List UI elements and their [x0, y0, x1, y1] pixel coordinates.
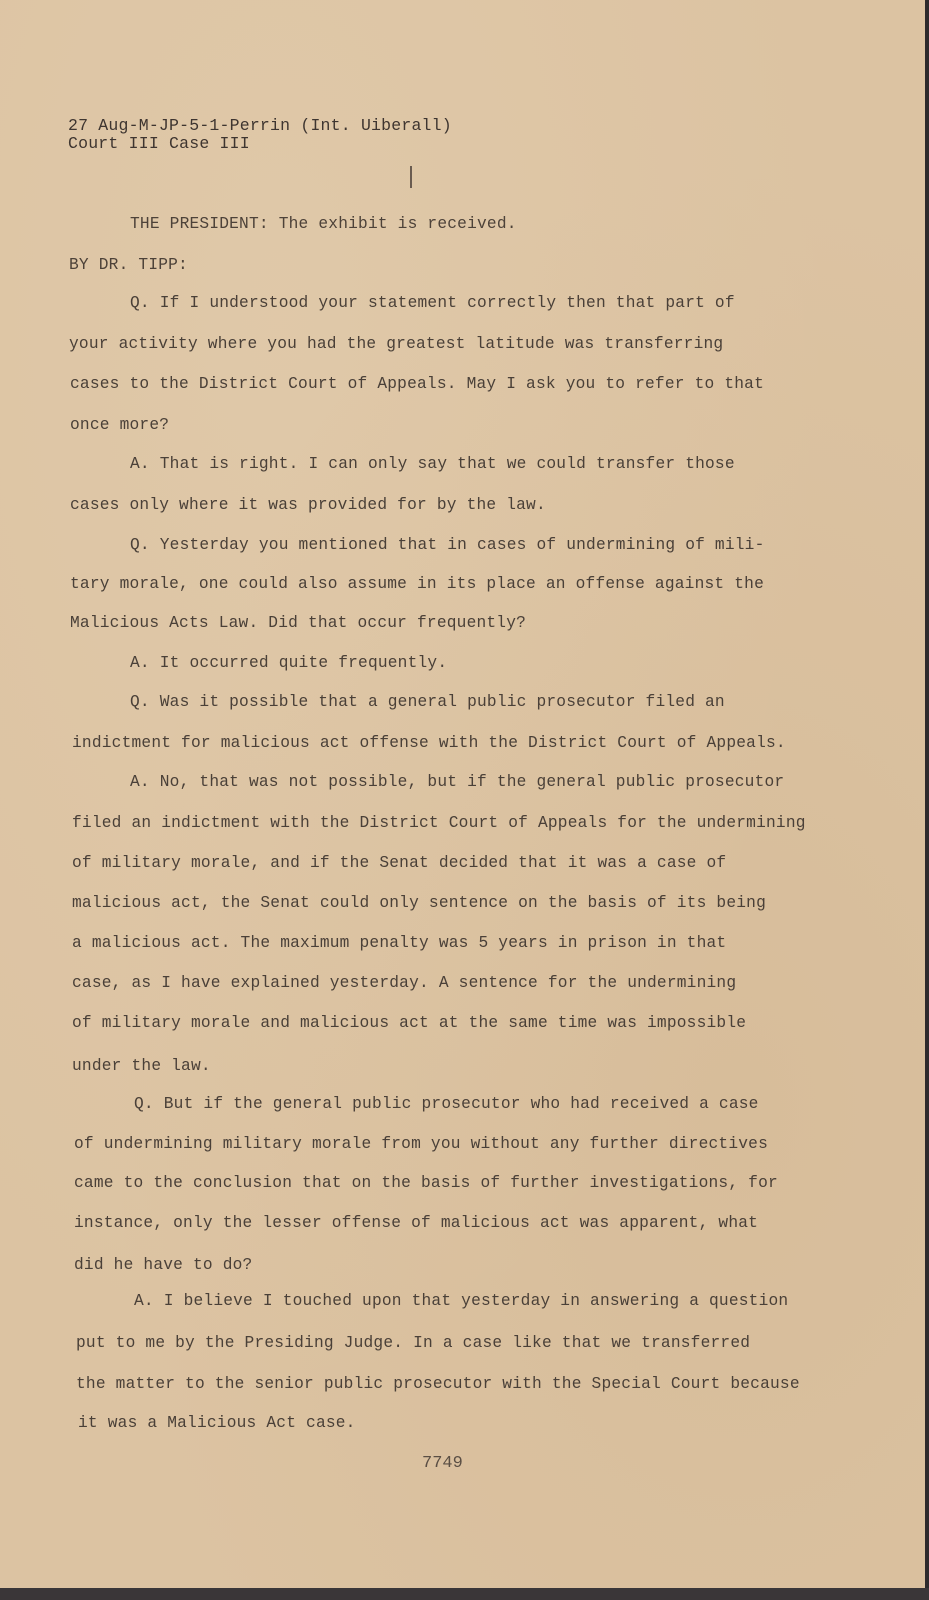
answer-3-line-2: filed an indictment with the District Co…: [72, 813, 806, 833]
president-statement: THE PRESIDENT: The exhibit is received.: [130, 214, 517, 234]
answer-1-line-2: cases only where it was provided for by …: [70, 495, 546, 515]
question-1-line-4: once more?: [70, 415, 169, 435]
answer-3-line-1: A. No, that was not possible, but if the…: [130, 772, 784, 792]
answer-4-line-2: put to me by the Presiding Judge. In a c…: [76, 1333, 750, 1353]
question-4-line-3: came to the conclusion that on the basis…: [74, 1173, 778, 1193]
question-3-line-1: Q. Was it possible that a general public…: [130, 692, 725, 712]
page-number: 7749: [422, 1454, 463, 1473]
answer-3-line-3: of military morale, and if the Senat dec…: [72, 853, 726, 873]
question-1-line-2: your activity where you had the greatest…: [69, 334, 723, 354]
answer-1-line-1: A. That is right. I can only say that we…: [130, 454, 735, 474]
question-4-line-4: instance, only the lesser offense of mal…: [74, 1213, 758, 1233]
scan-right-edge: [925, 0, 929, 1600]
answer-4-line-3: the matter to the senior public prosecut…: [76, 1374, 800, 1394]
header-court-case-line: Court III Case III: [68, 134, 250, 154]
scan-bottom-edge: [0, 1588, 929, 1600]
answer-4-line-1: A. I believe I touched upon that yesterd…: [134, 1291, 788, 1311]
answer-3-line-5: a malicious act. The maximum penalty was…: [72, 933, 726, 953]
header-docket-line: 27 Aug-M-JP-5-1-Perrin (Int. Uiberall): [68, 116, 452, 136]
document-page: 27 Aug-M-JP-5-1-Perrin (Int. Uiberall) C…: [0, 0, 925, 1588]
question-2-line-3: Malicious Acts Law. Did that occur frequ…: [70, 613, 526, 633]
question-4-line-5: did he have to do?: [74, 1255, 252, 1275]
question-2-line-2: tary morale, one could also assume in it…: [70, 574, 764, 594]
question-4-line-1: Q. But if the general public prosecutor …: [134, 1094, 759, 1114]
stray-mark: [410, 166, 412, 188]
answer-2-line-1: A. It occurred quite frequently.: [130, 653, 447, 673]
answer-3-line-7: of military morale and malicious act at …: [72, 1013, 746, 1033]
answer-3-line-6: case, as I have explained yesterday. A s…: [72, 973, 736, 993]
question-3-line-2: indictment for malicious act offense wit…: [72, 733, 786, 753]
question-1-line-3: cases to the District Court of Appeals. …: [70, 374, 764, 394]
answer-4-line-4: it was a Malicious Act case.: [78, 1413, 356, 1433]
question-1-line-1: Q. If I understood your statement correc…: [130, 293, 735, 313]
examiner-heading: BY DR. TIPP:: [69, 255, 188, 275]
answer-3-line-8: under the law.: [72, 1056, 211, 1076]
answer-3-line-4: malicious act, the Senat could only sent…: [72, 893, 766, 913]
question-2-line-1: Q. Yesterday you mentioned that in cases…: [130, 535, 765, 555]
question-4-line-2: of undermining military morale from you …: [74, 1134, 768, 1154]
